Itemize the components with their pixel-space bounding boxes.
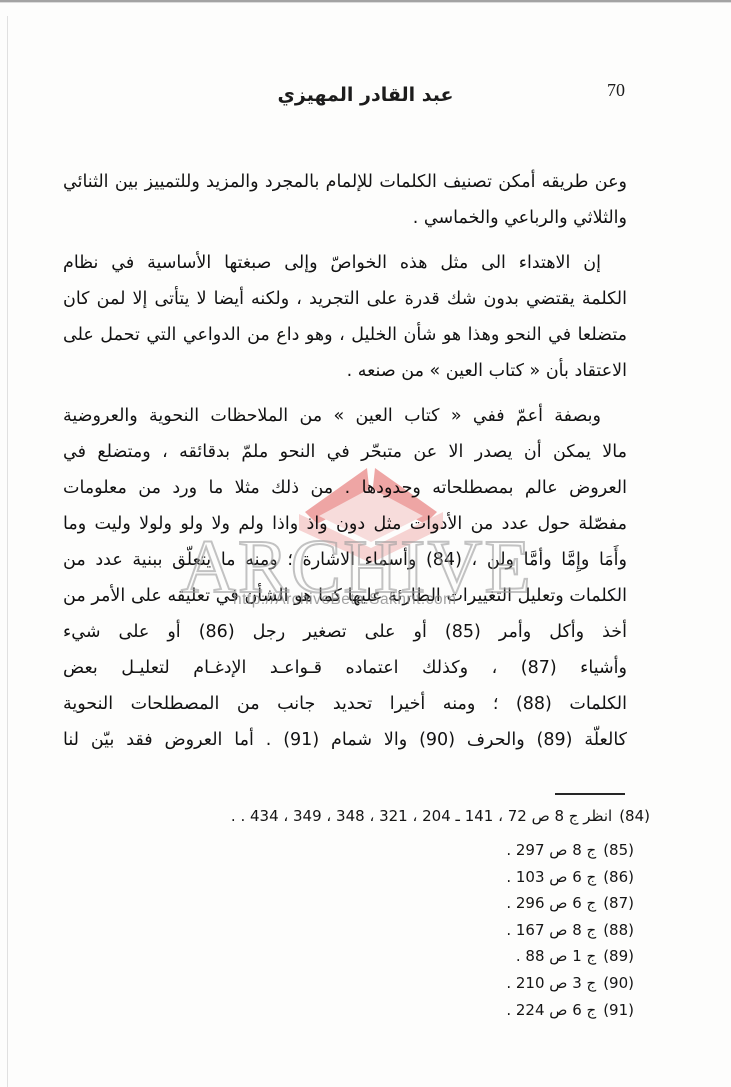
- body-line: متضلعا في النحو وهذا هو شأن الخليل ، وهو…: [63, 317, 627, 353]
- footnote-text: ج 6 ص 103 .: [506, 868, 596, 886]
- body-line: والثلاثي والرباعي والخماسي .: [63, 200, 627, 236]
- footnote-85: (85)ج 8 ص 297 .: [506, 837, 634, 864]
- body-line: وأَمَا وإِمَّا وأمَّا ولن ، (84) وأسماء …: [63, 542, 627, 578]
- footnote-separator: [555, 793, 625, 795]
- footnote-marker: (90): [603, 974, 634, 992]
- body-line: وعن طريقه أمكن تصنيف الكلمات للإلمام بال…: [63, 164, 627, 200]
- body-line: الكلمة يقتضي بدون شك قدرة على التجريد ، …: [63, 281, 627, 317]
- footnote-86: (86)ج 6 ص 103 .: [506, 864, 634, 891]
- body-line: مفصّلة حول عدد من الأدوات مثل دون واذ وا…: [63, 506, 627, 542]
- body-text: وعن طريقه أمكن تصنيف الكلمات للإلمام بال…: [63, 164, 627, 767]
- page-number: 70: [607, 80, 625, 101]
- footnote-marker: (87): [603, 894, 634, 912]
- footnote-text: ج 8 ص 167 .: [506, 921, 596, 939]
- body-line: وبصفة أعمّ ففي « كتاب العين » من الملاحظ…: [63, 398, 627, 434]
- scan-edge-top-shadow: [0, 2, 731, 3]
- body-line: الكلمات (88) ؛ ومنه أخيرا تحديد جانب من …: [63, 686, 627, 722]
- footnote-89: (89)ج 1 ص 88 .: [506, 943, 634, 970]
- footnote-text: ج 1 ص 88 .: [516, 947, 596, 965]
- footnote-88: (88)ج 8 ص 167 .: [506, 917, 634, 944]
- body-line: كالعلّة (89) والحرف (90) والا شمام (91) …: [63, 722, 627, 758]
- footnote-marker: (88): [603, 921, 634, 939]
- footnote-84: (84)انظر ج 8 ص 72 ، 141 ـ 204 ، 321 ، 34…: [231, 803, 650, 830]
- paragraph-1: وعن طريقه أمكن تصنيف الكلمات للإلمام بال…: [63, 164, 627, 236]
- body-line: الاعتقاد بأن « كتاب العين » من صنعه .: [63, 353, 627, 389]
- body-line: العروض عالم بمصطلحاته وحدودها . من ذلك م…: [63, 470, 627, 506]
- footnote-90: (90)ج 3 ص 210 .: [506, 970, 634, 997]
- footnote-marker: (84): [619, 807, 650, 825]
- footnote-text: ج 3 ص 210 .: [506, 974, 596, 992]
- body-line: أخذ وأكل وأمر (85) أو على تصغير رجل (86)…: [63, 614, 627, 650]
- scan-edge-left: [7, 16, 8, 1087]
- footnote-marker: (91): [603, 1001, 634, 1019]
- footnote-marker: (89): [603, 947, 634, 965]
- footnote-marker: (86): [603, 868, 634, 886]
- footnote-text: ج 8 ص 297 .: [506, 841, 596, 859]
- paragraph-3: وبصفة أعمّ ففي « كتاب العين » من الملاحظ…: [63, 398, 627, 758]
- body-line: مالا يمكن أن يصدر الا عن متبحّر في النحو…: [63, 434, 627, 470]
- footnote-text: انظر ج 8 ص 72 ، 141 ـ 204 ، 321 ، 348 ، …: [231, 807, 612, 825]
- body-line: الكلمات وتعليل التغييرات الطارئة عليها ك…: [63, 578, 627, 614]
- footnote-91: (91)ج 6 ص 224 .: [506, 997, 634, 1024]
- footnote-text: ج 6 ص 224 .: [506, 1001, 596, 1019]
- body-line: إن الاهتداء الى مثل هذه الخواصّ وإلى صبغ…: [63, 245, 627, 281]
- paragraph-2: إن الاهتداء الى مثل هذه الخواصّ وإلى صبغ…: [63, 245, 627, 389]
- body-line: وأشياء (87) ، وكذلك اعتماده قـواعـد الإد…: [63, 650, 627, 686]
- scanned-book-page: عبد القادر المهيزي 70 وعن طريقه أمكن تصن…: [0, 0, 731, 1087]
- footnote-marker: (85): [603, 841, 634, 859]
- footnote-87: (87)ج 6 ص 296 .: [506, 890, 634, 917]
- footnote-list: (85)ج 8 ص 297 . (86)ج 6 ص 103 . (87)ج 6 …: [506, 837, 634, 1023]
- footnote-text: ج 6 ص 296 .: [506, 894, 596, 912]
